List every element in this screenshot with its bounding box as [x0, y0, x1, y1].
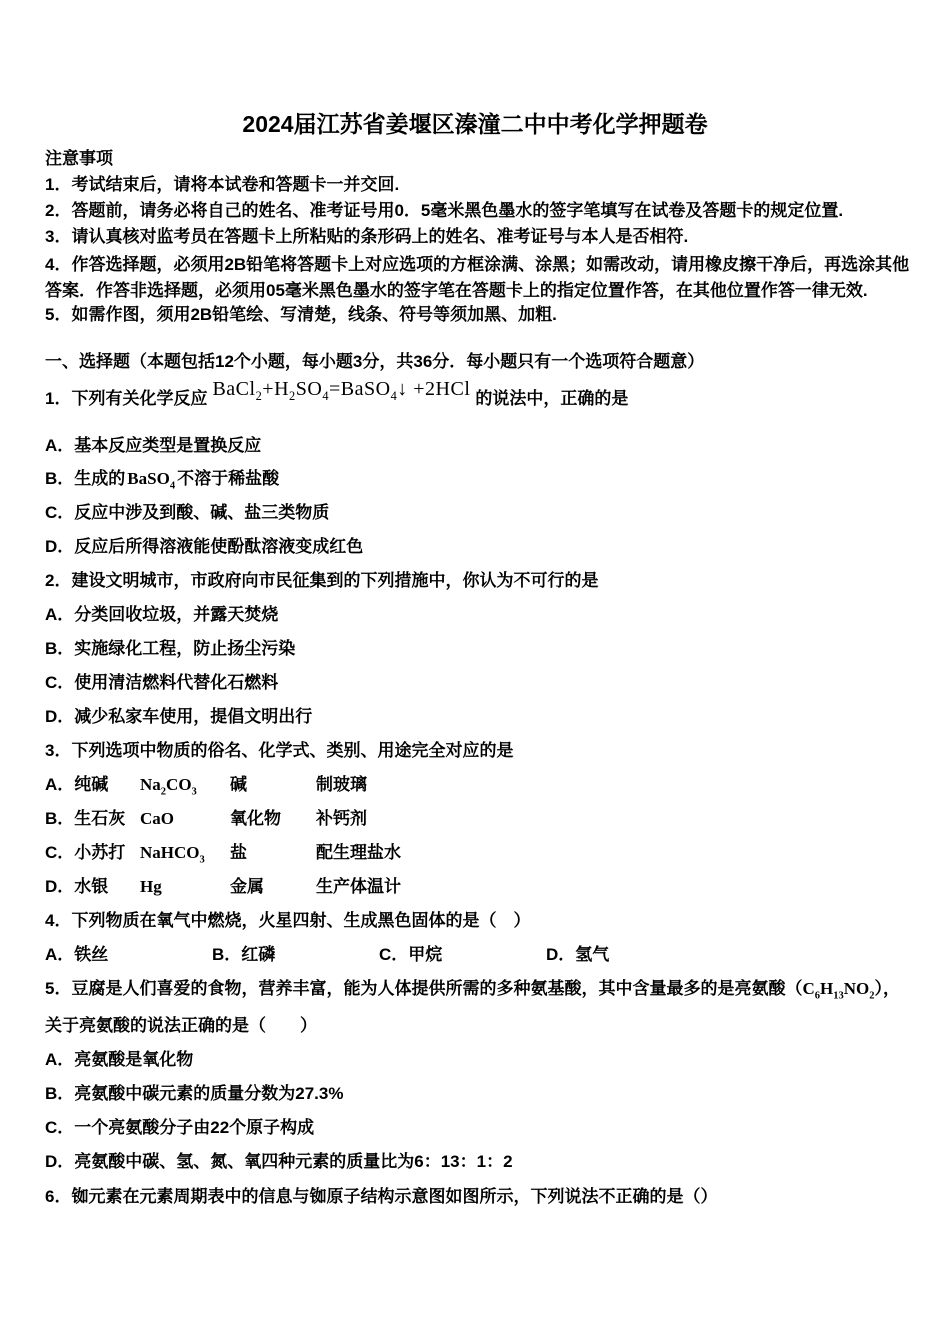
- option-label: C．小苏打: [45, 842, 140, 863]
- question-3-option-d: D．水银Hg金属生产体温计: [45, 876, 401, 897]
- exam-title: 2024届江苏省姜堰区溱潼二中中考化学押题卷: [0, 111, 950, 138]
- question-3-option-c: C．小苏打NaHCO3盐配生理盐水: [45, 842, 401, 863]
- barium-sulfate-formula: BaSO4: [127, 469, 175, 488]
- question-2-option-c: C．使用清洁燃料代替化石燃料: [45, 672, 278, 693]
- notice-item-2: 2．答题前，请务必将自己的姓名、准考证号用0．5毫米黑色墨水的签字笔填写在试卷及…: [45, 200, 843, 221]
- question-4-option-c: C．甲烷: [379, 944, 546, 965]
- notice-heading: 注意事项: [45, 148, 113, 169]
- notice-item-3: 3．请认真核对监考员在答题卡上所粘贴的条形码上的姓名、准考证号与本人是否相符.: [45, 226, 688, 247]
- section-1-heading: 一、选择题（本题包括12个小题，每小题3分，共36分．每小题只有一个选项符合题意…: [45, 351, 704, 372]
- question-2-option-a: A．分类回收垃圾，并露天焚烧: [45, 604, 278, 625]
- question-4-option-a: A．铁丝: [45, 944, 212, 965]
- substance-formula: Na2CO3: [140, 774, 230, 795]
- question-2-option-b: B．实施绿化工程，防止扬尘污染: [45, 638, 295, 659]
- question-1-stem: 1．下列有关化学反应BaCl2+H2SO4=BaSO4↓ +2HCl的说法中，正…: [45, 388, 628, 409]
- notice-item-1: 1．考试结束后，请将本试卷和答题卡一并交回.: [45, 174, 399, 195]
- option-label: B．生石灰: [45, 808, 140, 829]
- question-3-stem: 3．下列选项中物质的俗名、化学式、类别、用途完全对应的是: [45, 740, 513, 761]
- question-1-option-c: C．反应中涉及到酸、碱、盐三类物质: [45, 502, 329, 523]
- notice-item-4: 4．作答选择题，必须用2B铅笔将答题卡上对应选项的方框涂满、涂黑；如需改动，请用…: [45, 252, 910, 304]
- question-4-options-row: A．铁丝B．红磷C．甲烷D．氢气: [45, 944, 713, 965]
- question-5-option-c: C．一个亮氨酸分子由22个原子构成: [45, 1117, 314, 1138]
- question-1-option-b: B．生成的BaSO4不溶于稀盐酸: [45, 468, 279, 489]
- option-label: A．纯碱: [45, 774, 140, 795]
- question-3-option-a: A．纯碱Na2CO3碱制玻璃: [45, 774, 367, 795]
- question-5-prefix: 5．豆腐是人们喜爱的食物，营养丰富，能为人体提供所需的多种氨基酸，其中含量最多的…: [45, 979, 802, 998]
- option-b-text: B．生成的: [45, 469, 125, 488]
- question-1-equation: BaCl2+H2SO4=BaSO4↓ +2HCl: [212, 378, 470, 400]
- question-5-option-d: D．亮氨酸中碳、氢、氮、氧四种元素的质量比为6：13：1：2: [45, 1151, 513, 1172]
- exam-paper: 2024届江苏省姜堰区溱潼二中中考化学押题卷 注意事项 1．考试结束后，请将本试…: [0, 0, 950, 1344]
- substance-formula: CaO: [140, 808, 230, 829]
- question-2-option-d: D．减少私家车使用，提倡文明出行: [45, 706, 312, 727]
- question-5-stem-line-1: 5．豆腐是人们喜爱的食物，营养丰富，能为人体提供所需的多种氨基酸，其中含量最多的…: [45, 978, 900, 999]
- question-4-stem: 4．下列物质在氧气中燃烧，火星四射、生成黑色固体的是（ ）: [45, 910, 530, 931]
- question-5-suffix: ），: [875, 979, 901, 998]
- substance-use: 生产体温计: [316, 877, 401, 896]
- question-4-option-d: D．氢气: [546, 944, 713, 965]
- question-5-stem-line-2: 关于亮氨酸的说法正确的是（ ）: [45, 1015, 317, 1036]
- substance-category: 金属: [230, 876, 316, 897]
- substance-use: 配生理盐水: [316, 843, 401, 862]
- question-5-option-b: B．亮氨酸中碳元素的质量分数为27.3%: [45, 1083, 343, 1104]
- substance-formula: NaHCO3: [140, 842, 230, 863]
- question-1-suffix: 的说法中，正确的是: [475, 389, 628, 408]
- question-1-option-d: D．反应后所得溶液能使酚酞溶液变成红色: [45, 536, 363, 557]
- question-2-stem: 2．建设文明城市，市政府向市民征集到的下列措施中，你认为不可行的是: [45, 570, 598, 591]
- question-1-prefix: 1．下列有关化学反应: [45, 389, 207, 408]
- question-1-option-a: A．基本反应类型是置换反应: [45, 435, 261, 456]
- substance-formula: Hg: [140, 876, 230, 897]
- substance-use: 制玻璃: [316, 775, 367, 794]
- question-5-option-a: A．亮氨酸是氧化物: [45, 1049, 193, 1070]
- option-b-text-suffix: 不溶于稀盐酸: [177, 469, 279, 488]
- question-6-stem: 6．铷元素在元素周期表中的信息与铷原子结构示意图如图所示，下列说法不正确的是（）: [45, 1186, 717, 1207]
- option-label: D．水银: [45, 876, 140, 897]
- substance-category: 氧化物: [230, 808, 316, 829]
- notice-item-5: 5．如需作图，须用2B铅笔绘、写清楚，线条、符号等须加黑、加粗.: [45, 304, 557, 325]
- substance-category: 盐: [230, 842, 316, 863]
- substance-use: 补钙剂: [316, 809, 367, 828]
- question-3-option-b: B．生石灰CaO氧化物补钙剂: [45, 808, 367, 829]
- leucine-formula: C6H13NO2: [802, 979, 874, 998]
- question-4-option-b: B．红磷: [212, 944, 379, 965]
- substance-category: 碱: [230, 774, 316, 795]
